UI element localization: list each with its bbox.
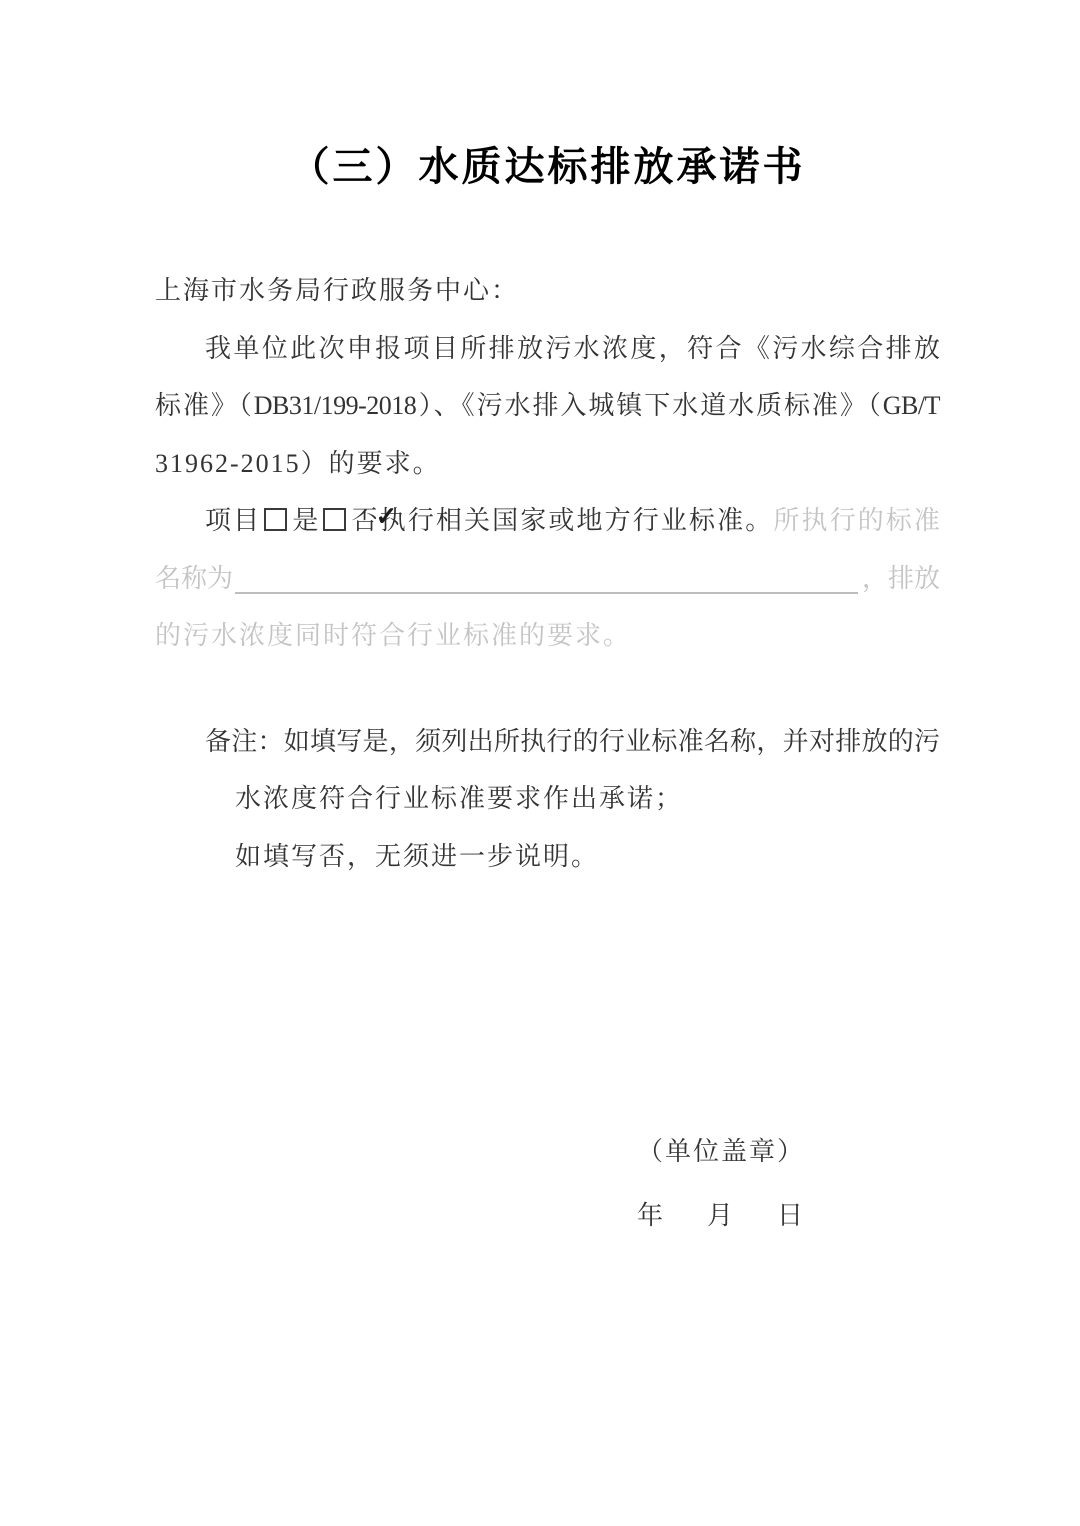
- document-title: （三）水质达标排放承诺书: [155, 138, 940, 195]
- standard-name-prefix: 名称为: [155, 550, 233, 608]
- remarks-line1-text: 如填写是，须列出所执行的行业标准名称，并对排放的污: [284, 727, 940, 756]
- year-label: 年: [637, 1187, 663, 1245]
- question-prefix: 项目: [205, 506, 261, 535]
- standards-question-line: 项目是✓否执行相关国家或地方行业标准。所执行的标准: [155, 492, 940, 550]
- placeholder-text-line1: 所执行的标准: [773, 506, 940, 535]
- standard-name-suffix: ，排放: [862, 550, 940, 608]
- signature-section: （单位盖章） 年 月 日: [637, 1123, 940, 1244]
- placeholder-text-line3: 的污水浓度同时符合行业标准的要求。: [155, 607, 940, 665]
- remarks-line1: 备注：如填写是，须列出所执行的行业标准名称，并对排放的污: [155, 713, 940, 771]
- document-page: （三）水质达标排放承诺书 上海市水务局行政服务中心： 我单位此次申报项目所排放污…: [0, 0, 1080, 1526]
- checkbox-yes-unchecked-icon[interactable]: [264, 508, 287, 531]
- paragraph1-line1: 我单位此次申报项目所排放污水浓度，符合《污水综合排放: [155, 320, 940, 378]
- paragraph1-line2: 标准》（DB31/199-2018）、《污水排入城镇下水道水质标准》（GB/T: [155, 377, 940, 435]
- day-label: 日: [777, 1187, 803, 1245]
- checkbox-no-checked-icon[interactable]: ✓: [323, 508, 346, 531]
- date-line: 年 月 日: [637, 1187, 940, 1245]
- question-suffix: 执行相关国家或地方行业标准。: [380, 506, 774, 535]
- standard-name-line: 名称为 ，排放: [155, 550, 940, 608]
- remarks-line2: 水浓度符合行业标准要求作出承诺；: [155, 770, 940, 828]
- paragraph1-line3: 31962-2015）的要求。: [155, 435, 940, 493]
- salutation: 上海市水务局行政服务中心：: [155, 262, 940, 320]
- remarks-label: 备注：: [205, 727, 284, 756]
- month-label: 月: [707, 1187, 733, 1245]
- check-icon: ✓: [325, 504, 397, 530]
- standard-name-blank-field[interactable]: [235, 592, 858, 594]
- remarks-section: 备注：如填写是，须列出所执行的行业标准名称，并对排放的污 水浓度符合行业标准要求…: [155, 713, 940, 886]
- option-yes-label: 是: [290, 506, 320, 535]
- remarks-line3: 如填写否，无须进一步说明。: [155, 828, 940, 886]
- stamp-label: （单位盖章）: [637, 1123, 940, 1181]
